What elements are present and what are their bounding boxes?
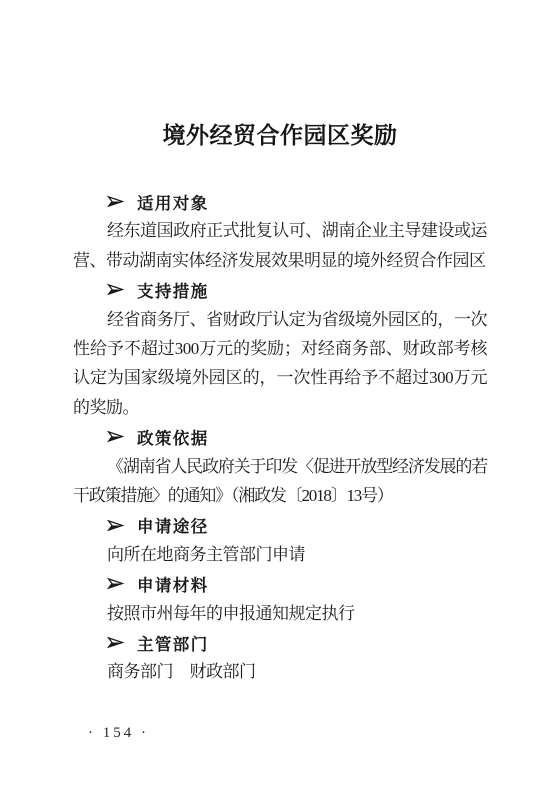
section-paragraph: 经东道国政府正式批复认可、湖南企业主导建设或运营、带动湖南实体经济发展效果明显的… bbox=[73, 216, 487, 275]
section-heading-label: 申请材料 bbox=[137, 572, 209, 596]
section-applicable-targets: 适用对象 经东道国政府正式批复认可、湖南企业主导建设或运营、带动湖南实体经济发展… bbox=[73, 187, 487, 275]
section-heading-label: 申请途径 bbox=[137, 513, 209, 537]
section-heading-label: 政策依据 bbox=[137, 425, 209, 449]
section-competent-departments: 主管部门 商务部门 财政部门 bbox=[73, 628, 487, 687]
arrowhead-right-icon bbox=[107, 518, 124, 532]
arrowhead-right-icon bbox=[107, 636, 124, 650]
section-application-channel: 申请途径 向所在地商务主管部门申请 bbox=[73, 510, 487, 569]
section-policy-basis: 政策依据 《湖南省人民政府关于印发〈促进开放型经济发展的若干政策措施〉的通知》（… bbox=[73, 422, 487, 510]
section-paragraph: 经省商务厅、省财政厅认定为省级境外园区的，一次性给予不超过300万元的奖励；对经… bbox=[73, 305, 487, 423]
arrowhead-right-icon bbox=[107, 430, 124, 444]
section-heading-label: 支持措施 bbox=[137, 278, 209, 302]
section-paragraph: 按照市州每年的申报通知规定执行 bbox=[73, 599, 487, 628]
section-application-materials: 申请材料 按照市州每年的申报通知规定执行 bbox=[73, 569, 487, 628]
section-paragraph: 《湖南省人民政府关于印发〈促进开放型经济发展的若干政策措施〉的通知》（湘政发〔2… bbox=[73, 452, 487, 511]
section-heading: 申请材料 bbox=[73, 569, 487, 598]
section-heading: 主管部门 bbox=[73, 628, 487, 657]
page-number: · 154 · bbox=[88, 725, 149, 742]
section-support-measures: 支持措施 经省商务厅、省财政厅认定为省级境外园区的，一次性给予不超过300万元的… bbox=[73, 275, 487, 422]
section-paragraph: 向所在地商务主管部门申请 bbox=[73, 540, 487, 569]
section-heading: 支持措施 bbox=[73, 275, 487, 304]
arrowhead-right-icon bbox=[107, 195, 124, 209]
document-body: 适用对象 经东道国政府正式批复认可、湖南企业主导建设或运营、带动湖南实体经济发展… bbox=[73, 187, 487, 687]
arrowhead-right-icon bbox=[107, 577, 124, 591]
arrowhead-right-icon bbox=[107, 283, 124, 297]
section-heading: 申请途径 bbox=[73, 510, 487, 539]
page-title: 境外经贸合作园区奖励 bbox=[73, 121, 487, 151]
section-heading: 政策依据 bbox=[73, 422, 487, 451]
section-paragraph: 商务部门 财政部门 bbox=[73, 657, 487, 686]
section-heading-label: 适用对象 bbox=[137, 190, 209, 214]
section-heading-label: 主管部门 bbox=[137, 631, 209, 655]
section-heading: 适用对象 bbox=[73, 187, 487, 216]
document-page: 境外经贸合作园区奖励 适用对象 经东道国政府正式批复认可、湖南企业主导建设或运营… bbox=[0, 0, 559, 793]
